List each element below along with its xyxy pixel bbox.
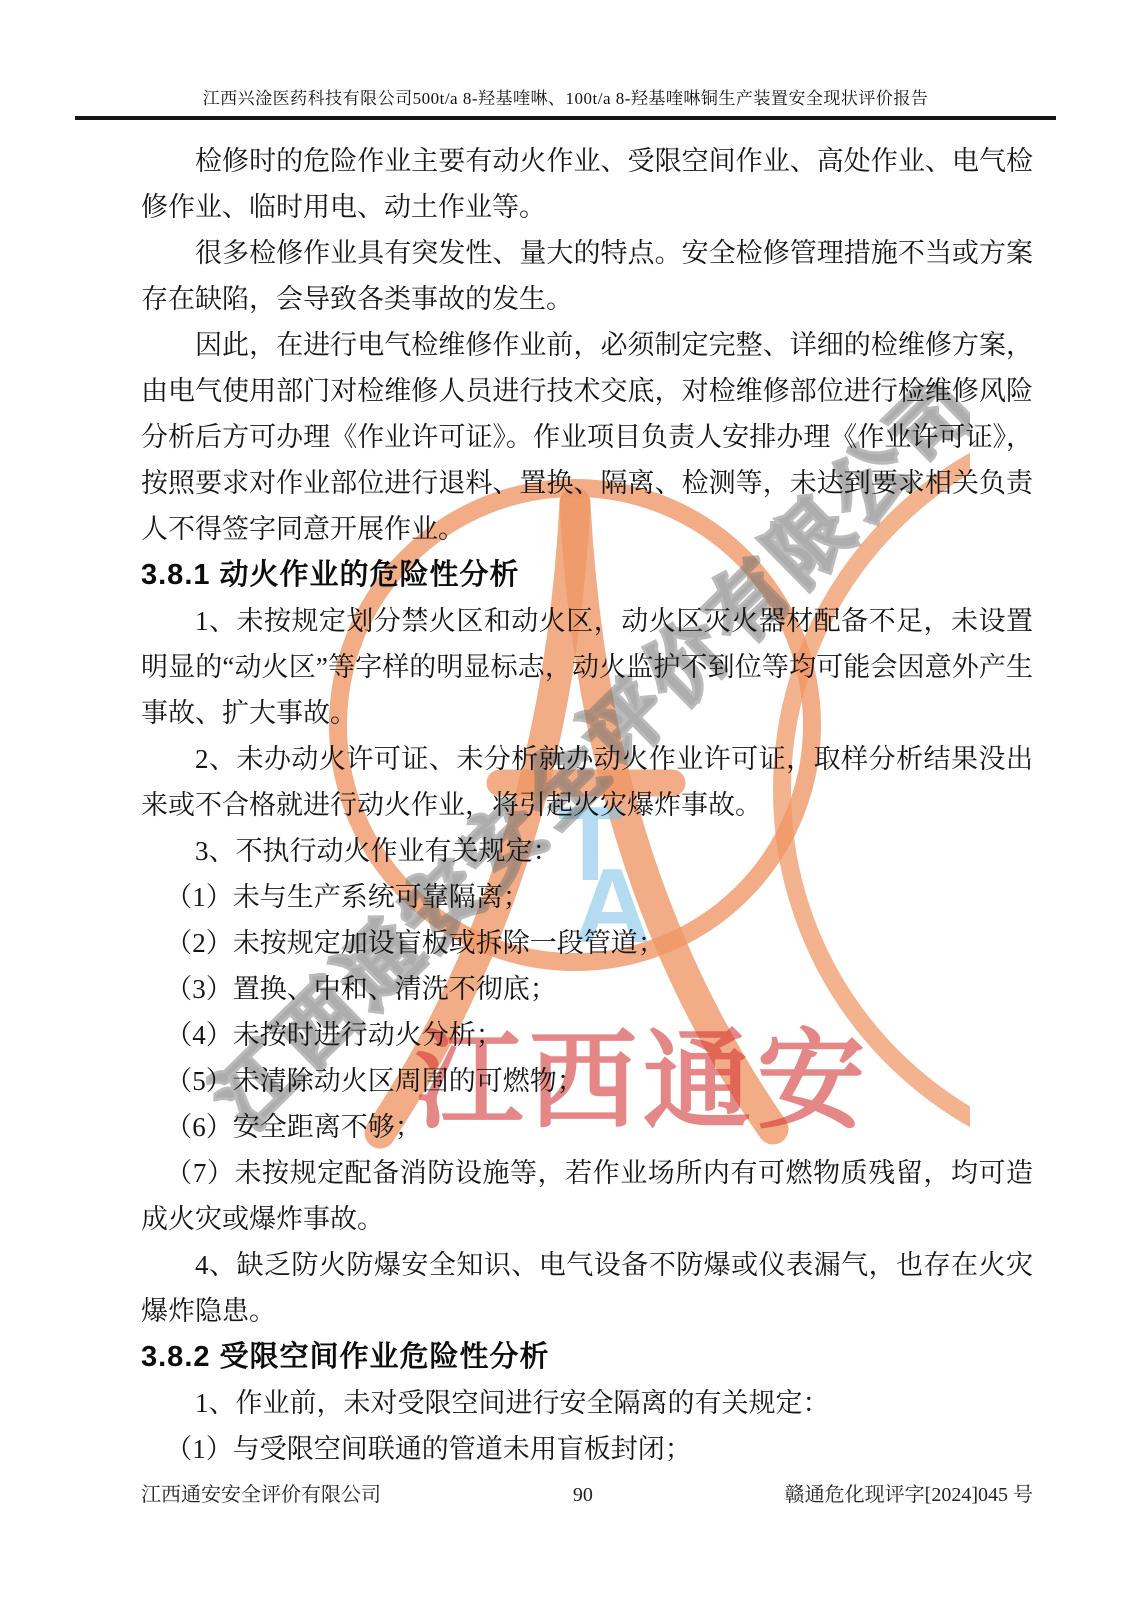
list-item: （1）未与生产系统可靠隔离； [141, 874, 1033, 920]
list-item: （4）未按时进行动火分析； [141, 1012, 1033, 1058]
paragraph: 2、未办动火许可证、未分析就办动火作业许可证，取样分析结果没出来或不合格就进行动… [141, 736, 1033, 828]
list-item: （1）与受限空间联通的管道未用盲板封闭； [141, 1426, 1033, 1472]
list-item: （6）安全距离不够； [141, 1104, 1033, 1150]
section-heading-3-8-1: 3.8.1 动火作业的危险性分析 [141, 552, 1033, 598]
page-footer: 江西通安安全评价有限公司 90 赣通危化现评字[2024]045 号 [141, 1478, 1033, 1507]
paragraph: 因此，在进行电气检维修作业前，必须制定完整、详细的检维修方案，由电气使用部门对检… [141, 322, 1033, 552]
page-header: 江西兴淦医药科技有限公司500t/a 8-羟基喹啉、100t/a 8-羟基喹啉铜… [75, 84, 1056, 120]
list-item: （3）置换、中和、清洗不彻底； [141, 966, 1033, 1012]
paragraph: 1、作业前，未对受限空间进行安全隔离的有关规定： [141, 1380, 1033, 1426]
paragraph: 很多检修作业具有突发性、量大的特点。安全检修管理措施不当或方案存在缺陷，会导致各… [141, 230, 1033, 322]
paragraph: 3、不执行动火作业有关规定： [141, 828, 1033, 874]
list-item: （2）未按规定加设盲板或拆除一段管道； [141, 920, 1033, 966]
document-body: 检修时的危险作业主要有动火作业、受限空间作业、高处作业、电气检修作业、临时用电、… [141, 138, 1033, 1472]
paragraph: 1、未按规定划分禁火区和动火区，动火区灭火器材配备不足，未设置明显的“动火区”等… [141, 598, 1033, 736]
report-page: T A 江西通安安全评价有限公司 江西通安 江西兴淦医药科技有限公司500t/a… [0, 0, 1131, 1600]
report-title: 江西兴淦医药科技有限公司500t/a 8-羟基喹啉、100t/a 8-羟基喹啉铜… [75, 84, 1056, 109]
footer-doc-number: 赣通危化现评字[2024]045 号 [785, 1478, 1033, 1507]
section-heading-3-8-2: 3.8.2 受限空间作业危险性分析 [141, 1334, 1033, 1380]
list-item: （5）未清除动火区周围的可燃物； [141, 1058, 1033, 1104]
footer-company: 江西通安安全评价有限公司 [141, 1478, 381, 1507]
paragraph: 4、缺乏防火防爆安全知识、电气设备不防爆或仪表漏气，也存在火灾爆炸隐患。 [141, 1242, 1033, 1334]
paragraph: 检修时的危险作业主要有动火作业、受限空间作业、高处作业、电气检修作业、临时用电、… [141, 138, 1033, 230]
footer-page-number: 90 [573, 1484, 593, 1507]
list-item: （7）未按规定配备消防设施等，若作业场所内有可燃物质残留，均可造成火灾或爆炸事故… [141, 1150, 1033, 1242]
